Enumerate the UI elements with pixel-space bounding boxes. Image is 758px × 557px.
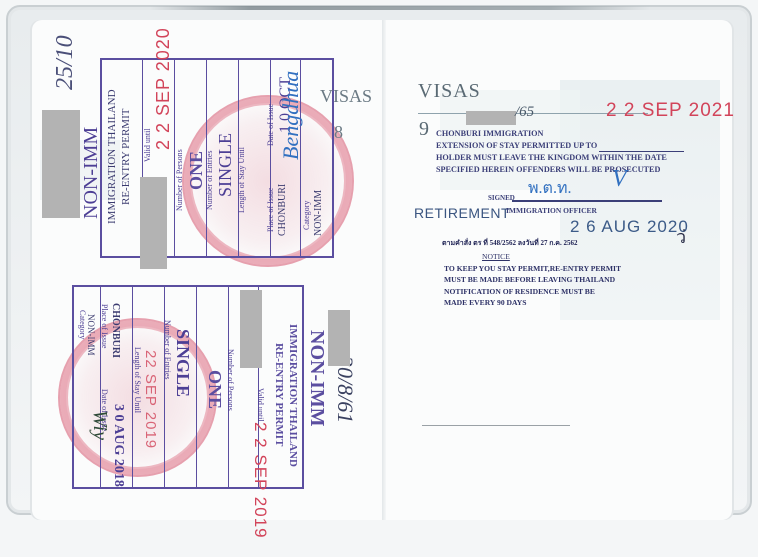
handwritten-reference: /65 [515, 104, 534, 121]
notice-line: TO KEEP YOU STAY PERMIT,RE-ENTRY PERMIT [444, 263, 621, 275]
signed-label: SIGNED [488, 194, 515, 202]
visa-category: RETIREMENT [414, 205, 510, 221]
entries-label: Number of Entries [205, 120, 214, 240]
notice-line: MUST BE MADE BEFORE LEAVING THAILAND [444, 274, 621, 286]
redacted-area [42, 110, 80, 218]
category-value: NON-IMM [86, 300, 96, 370]
permit-title: RE-ENTRY PERMIT [273, 305, 285, 485]
extension-stamp: CHONBURI IMMIGRATION EXTENSION OF STAY P… [436, 128, 684, 176]
visa-type-label: NON-IMM [80, 90, 103, 255]
page-fold [382, 20, 386, 520]
handwritten-initial: ว่ [676, 222, 686, 251]
extension-expiry-date: 2 2 SEP 2021 [606, 100, 735, 122]
place-of-issue-value: CHONBURI [110, 296, 121, 366]
handwritten-signature: Bengdhua [278, 80, 304, 160]
permit-title: IMMIGRATION THAILAND [106, 62, 118, 252]
thai-order-reference: ตามคำสั่ง ตร ที่ 548/2562 ลงวันที่ 27 ก.… [442, 238, 577, 249]
place-of-issue-label: Place of Issue [266, 170, 275, 250]
blank-signature-line [422, 425, 570, 426]
category-label: Category [302, 185, 311, 245]
stamp-extension-text: EXTENSION OF STAY PERMITTED UP TO [436, 141, 597, 150]
visas-heading: VISAS [418, 80, 481, 103]
notice-line: NOTIFICATION OF RESIDENCE MUST BE [444, 286, 621, 298]
officer-label: IMMIGRATION OFFICER [506, 206, 597, 215]
issue-date: 2 6 AUG 2020 [570, 217, 689, 237]
issue-date-value: 3 0 AUG 2018 [110, 385, 126, 505]
redacted-area [240, 290, 262, 368]
officer-signature: V [612, 166, 627, 193]
stamp-line: HOLDER MUST LEAVE THE KINGDOM WITHIN THE… [436, 152, 684, 164]
entries-value: SINGLE [172, 318, 193, 408]
category-value: NON-IMM [313, 175, 324, 250]
handwritten-date: 25/10 [52, 28, 79, 98]
length-of-stay-label: Length of Stay Until [133, 320, 142, 440]
persons-label: Number of Persons [226, 330, 235, 430]
notice-block: NOTICE TO KEEP YOU STAY PERMIT,RE-ENTRY … [444, 251, 621, 309]
entries-label: Number of Entries [163, 300, 172, 400]
overlap-visas-text: VISAS [320, 86, 372, 107]
signature-line [512, 200, 662, 202]
handwritten-signature: Wiy [88, 395, 111, 455]
stamp-line: EXTENSION OF STAY PERMITTED UP TO [436, 140, 684, 152]
stamp-office: CHONBURI IMMIGRATION [436, 128, 684, 140]
stay-until-value: 22 SEP 2019 [142, 350, 159, 450]
visa-type-label: NON-IMM [305, 318, 328, 438]
permit-title: RE-ENTRY PERMIT [120, 62, 132, 252]
place-of-issue-value: CHONBURI [277, 170, 288, 250]
length-of-stay-label: Length of Stay Until [237, 120, 246, 240]
entries-value: SINGLE [215, 120, 236, 210]
officer-initials: พ.ต.ท. [528, 176, 571, 201]
notice-title: NOTICE [444, 251, 621, 263]
valid-until-date: 2 2 SEP 2020 [153, 30, 174, 150]
valid-until-date: 2 2 SEP 2019 [250, 420, 270, 540]
overlap-page-number: 8 [334, 122, 343, 143]
notice-line: MADE EVERY 90 DAYS [444, 297, 621, 309]
permit-title: IMMIGRATION THAILAND [287, 305, 299, 485]
issue-date-label: Date of Issue [266, 95, 275, 155]
valid-until-label: Valid until [143, 120, 152, 170]
persons-value: ONE [186, 140, 207, 200]
stamp-line: SPECIFIED HEREIN OFFENDERS WILL BE PROSE… [436, 164, 684, 176]
persons-value: ONE [204, 360, 225, 420]
place-of-issue-label: Place of Issue [100, 296, 109, 356]
page-number: 9 [419, 118, 429, 141]
redacted-area [140, 177, 167, 269]
cover-edge [150, 6, 650, 10]
persons-label: Number of Persons [175, 120, 184, 240]
redacted-area [466, 111, 516, 125]
redacted-area [328, 310, 350, 366]
